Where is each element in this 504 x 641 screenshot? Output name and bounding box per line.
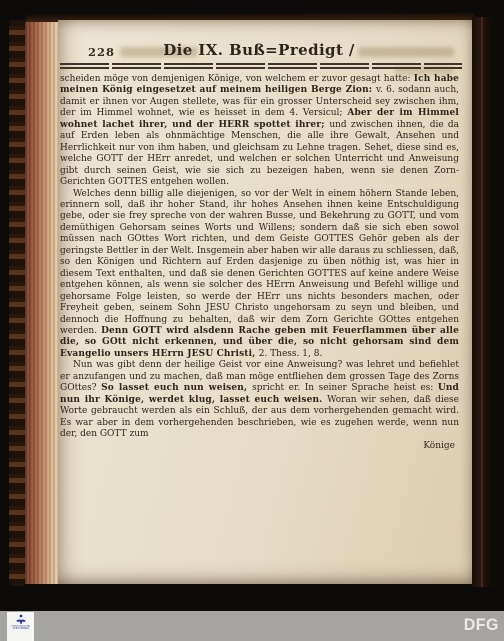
catchword: Könige [60,441,459,452]
body-paragraph: Nun was gibt denn der heilige Geist vor … [60,360,459,440]
header-rule [60,67,462,69]
body-text-segment: spricht er. In seiner Sprache heist es: [252,383,438,393]
eagle-sun-icon [15,614,27,624]
header-rule [60,63,462,65]
scan-footer-bar: FRANCKESCHE STIFTUNGEN DFG [0,611,504,641]
franckesche-stiftungen-logo: FRANCKESCHE STIFTUNGEN [7,612,34,641]
book-spine [9,20,25,586]
body-text-segment: scheiden möge von demjenigen Könige, von… [60,74,414,84]
scanned-book-viewer: 228 Die IX. Buß=Predigt / scheiden möge … [0,0,504,641]
page-edge-stack [25,22,60,584]
body-text: scheiden möge von demjenigen Könige, von… [60,74,459,452]
book-right-cover [472,17,498,587]
body-paragraph: scheiden möge von demjenigen Könige, von… [60,74,459,189]
body-text-segment: 2. Thess. 1, 8. [259,349,323,359]
library-logo-text: FRANCKESCHE STIFTUNGEN [11,625,30,630]
dfg-logo: DFG [464,617,499,635]
emphasized-text: So lasset euch nun weisen, [101,383,252,393]
body-text-segment: Welches denn billig alle diejenigen, so … [60,189,459,336]
library-logo-line2: STIFTUNGEN [11,628,30,631]
body-paragraph: Welches denn billig alle diejenigen, so … [60,189,459,361]
book-page: 228 Die IX. Buß=Predigt / scheiden möge … [58,20,472,584]
running-title: Die IX. Buß=Predigt / [58,41,460,59]
